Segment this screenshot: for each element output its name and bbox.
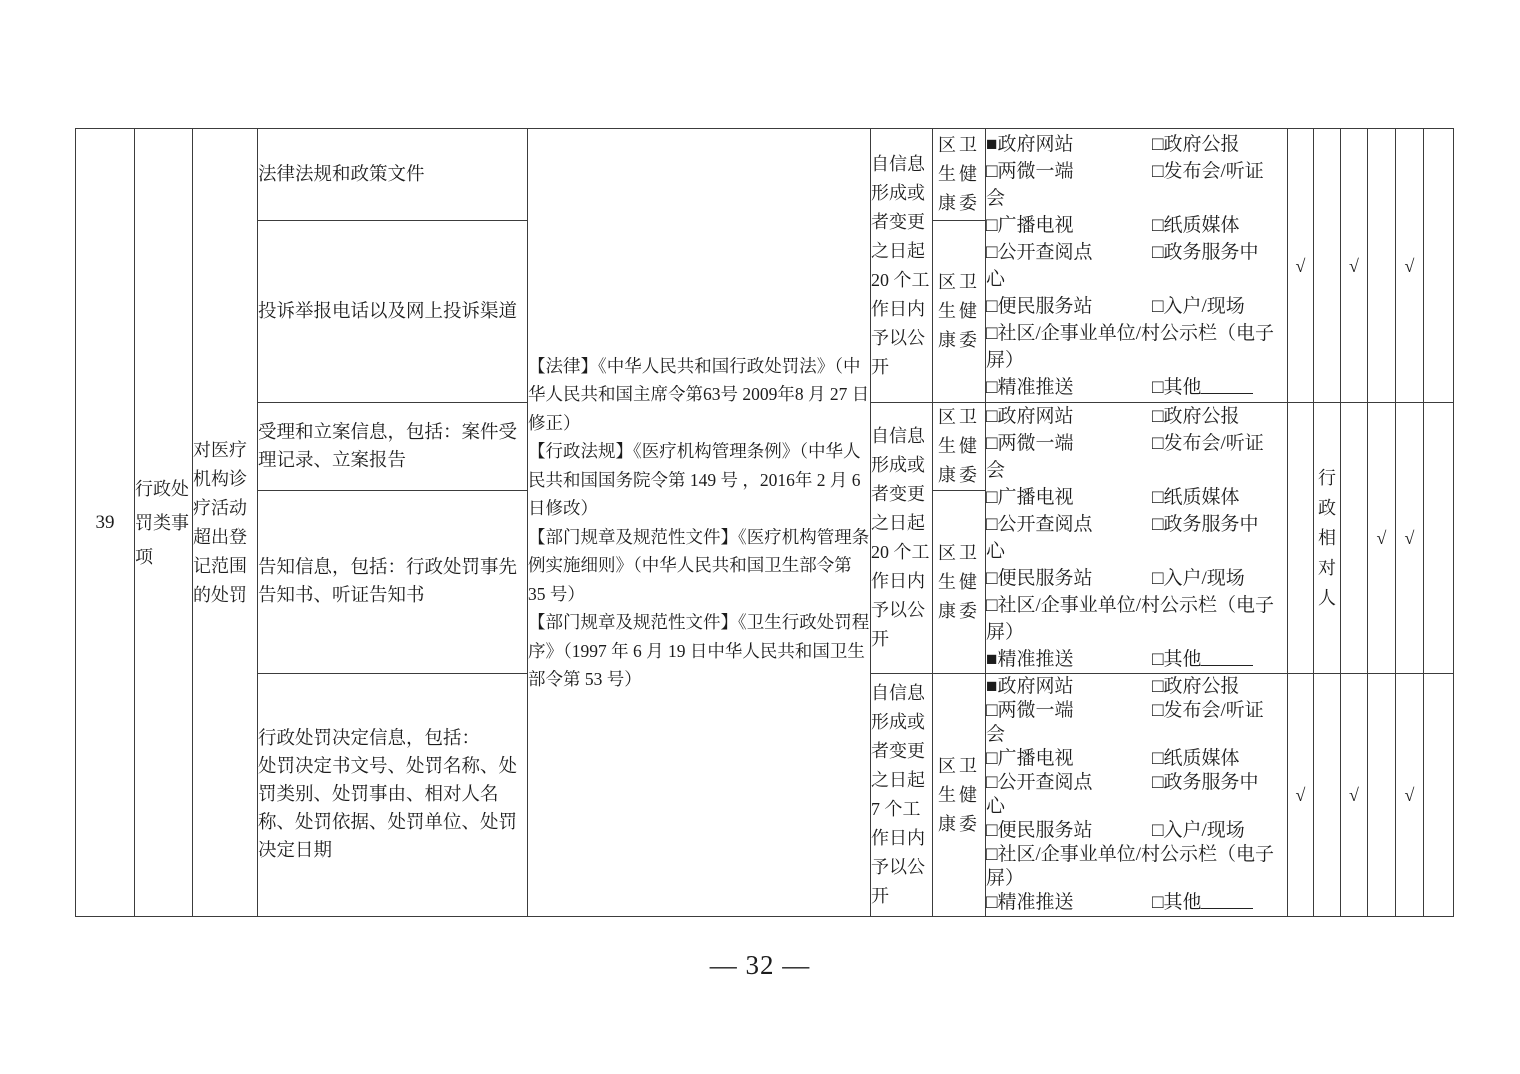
- channel-option: □广播电视: [986, 747, 1152, 771]
- mark-cell: [1368, 129, 1396, 403]
- channel-option: □社区/企事业单位/村公示栏（电子: [986, 592, 1274, 619]
- channel-option: 屏）: [986, 347, 1152, 374]
- item-name-cell: 对医疗机构诊疗活动超出登记范围的处罚: [193, 129, 258, 917]
- category-cell: 行政处罚类事项: [135, 129, 193, 917]
- legal-paragraph: 【部门规章及规范性文件】《卫生行政处罚程序》（1997 年 6 月 19 日中华…: [528, 608, 870, 694]
- channel-line: □公开查阅点□政务服务中: [986, 239, 1287, 266]
- channel-line: 会: [986, 185, 1287, 212]
- channel-option: □政务服务中: [1152, 772, 1258, 793]
- channel-option: □政府公报: [1152, 134, 1239, 155]
- deadline-cell-block2: 自信息形成或者变更之日起20 个工作日内予以公开: [871, 403, 933, 674]
- channel-option: □纸质媒体: [1152, 487, 1239, 508]
- channel-line: □社区/企事业单位/村公示栏（电子: [986, 320, 1287, 347]
- channel-option: 屏）: [986, 619, 1152, 646]
- channel-option: □其他: [1152, 892, 1201, 913]
- channel-line: 心: [986, 795, 1287, 819]
- channel-option: □发布会/听证: [1152, 700, 1264, 721]
- content-cell-1: 法律法规和政策文件: [258, 129, 528, 221]
- mark-cell: √: [1368, 403, 1396, 674]
- channel-option: ■政府网站: [986, 131, 1152, 158]
- mark-cell: [1314, 674, 1341, 917]
- channel-option: ■精准推送: [986, 646, 1152, 673]
- mark-cell: [1368, 674, 1396, 917]
- deadline-cell-block1: 自信息形成或者变更之日起20 个工作日内予以公开: [871, 129, 933, 403]
- channel-option: □政务服务中: [1152, 242, 1258, 263]
- serial-number-cell: 39: [76, 129, 135, 917]
- page-number: — 32 —: [0, 950, 1520, 981]
- agency-cell: 区卫生健康委: [933, 221, 986, 403]
- agency-cell: 区卫生健康委: [933, 674, 986, 917]
- deadline-cell-block3: 自信息形成或者变更之日起7 个工作日内予以公开: [871, 674, 933, 917]
- legal-basis-cell: 【法律】《中华人民共和国行政处罚法》（中华人民共和国主席令第63号 2009年8…: [528, 129, 871, 917]
- channel-line: 会: [986, 457, 1287, 484]
- channel-line: □便民服务站□入户/现场: [986, 293, 1287, 320]
- channel-option: □社区/企事业单位/村公示栏（电子: [986, 843, 1274, 867]
- channel-option: □政府公报: [1152, 406, 1239, 427]
- channel-option: □公开查阅点: [986, 239, 1152, 266]
- channel-option: □精准推送: [986, 891, 1152, 915]
- agency-cell: 区卫生健康委: [933, 403, 986, 491]
- channel-line: □便民服务站□入户/现场: [986, 819, 1287, 843]
- channel-option: □便民服务站: [986, 819, 1152, 843]
- channel-line: □政府网站□政府公报: [986, 403, 1287, 430]
- agency-cell: 区卫生健康委: [933, 129, 986, 221]
- channel-line: □社区/企事业单位/村公示栏（电子: [986, 592, 1287, 619]
- channel-line: 屏）: [986, 867, 1287, 891]
- mark-cell: √: [1341, 129, 1368, 403]
- legal-paragraph: 【法律】《中华人民共和国行政处罚法》（中华人民共和国主席令第63号 2009年8…: [528, 352, 870, 438]
- disclosure-table: 39 行政处罚类事项 对医疗机构诊疗活动超出登记范围的处罚 法律法规和政策文件 …: [75, 128, 1454, 917]
- channels-cell-block1: ■政府网站□政府公报 □两微一端□发布会/听证 会 □广播电视□纸质媒体 □公开…: [986, 129, 1288, 403]
- channel-line: □广播电视□纸质媒体: [986, 747, 1287, 771]
- channel-option: □公开查阅点: [986, 511, 1152, 538]
- mark-cell: [1424, 674, 1454, 917]
- channel-line: □两微一端□发布会/听证: [986, 158, 1287, 185]
- channel-option: □公开查阅点: [986, 771, 1152, 795]
- other-blank-line: [1201, 895, 1253, 909]
- channel-option: □政府公报: [1152, 676, 1239, 697]
- channel-option: □便民服务站: [986, 565, 1152, 592]
- content-cell-2: 投诉举报电话以及网上投诉渠道: [258, 221, 528, 403]
- mark-cell: [1288, 403, 1314, 674]
- channel-option: □发布会/听证: [1152, 161, 1264, 182]
- channel-line: □社区/企事业单位/村公示栏（电子: [986, 843, 1287, 867]
- mark-cell: [1424, 129, 1454, 403]
- channel-option: □两微一端: [986, 430, 1152, 457]
- channel-option: □便民服务站: [986, 293, 1152, 320]
- channel-option: □政府网站: [986, 403, 1152, 430]
- channel-option: 心: [986, 795, 1152, 819]
- channels-cell-block2: □政府网站□政府公报 □两微一端□发布会/听证 会 □广播电视□纸质媒体 □公开…: [986, 403, 1288, 674]
- channel-option: 屏）: [986, 867, 1152, 891]
- mark-cell: 行政相对人: [1314, 403, 1341, 674]
- channel-option: □其他: [1152, 377, 1201, 398]
- channel-option: □广播电视: [986, 484, 1152, 511]
- channel-option: □广播电视: [986, 212, 1152, 239]
- content-cell-4: 告知信息，包括：行政处罚事先告知书、听证告知书: [258, 491, 528, 674]
- channels-cell-block3: ■政府网站□政府公报 □两微一端□发布会/听证 会 □广播电视□纸质媒体 □公开…: [986, 674, 1288, 917]
- agency-cell: 区卫生健康委: [933, 491, 986, 674]
- channel-option: □精准推送: [986, 374, 1152, 401]
- channel-option: □社区/企事业单位/村公示栏（电子: [986, 320, 1274, 347]
- legal-paragraph: 【行政法规】《医疗机构管理条例》（中华人民共和国国务院令第 149 号 ，201…: [528, 437, 870, 523]
- channel-option: □两微一端: [986, 158, 1152, 185]
- channel-line: 会: [986, 723, 1287, 747]
- channel-line: 心: [986, 538, 1287, 565]
- content-cell-3: 受理和立案信息，包括：案件受理记录、立案报告: [258, 403, 528, 491]
- content-cell-5: 行政处罚决定信息，包括： 处罚决定书文号、处罚名称、处罚类别、处罚事由、相对人名…: [258, 674, 528, 917]
- channel-line: □广播电视□纸质媒体: [986, 484, 1287, 511]
- mark-cell: √: [1396, 129, 1424, 403]
- channel-line: 屏）: [986, 619, 1287, 646]
- channel-option: 心: [986, 266, 1152, 293]
- other-blank-line: [1201, 380, 1253, 394]
- mark-cell: √: [1396, 674, 1424, 917]
- channel-line: □公开查阅点□政务服务中: [986, 771, 1287, 795]
- channel-option: □纸质媒体: [1152, 215, 1239, 236]
- channel-line: ■政府网站□政府公报: [986, 675, 1287, 699]
- document-page: 39 行政处罚类事项 对医疗机构诊疗活动超出登记范围的处罚 法律法规和政策文件 …: [0, 0, 1520, 1074]
- mark-cell: √: [1288, 674, 1314, 917]
- channel-line: □精准推送□其他: [986, 891, 1287, 915]
- channel-line: □两微一端□发布会/听证: [986, 430, 1287, 457]
- channel-option: □入户/现场: [1152, 820, 1245, 841]
- channel-line: □公开查阅点□政务服务中: [986, 511, 1287, 538]
- legal-paragraph: 【部门规章及规范性文件】《医疗机构管理条例实施细则》（中华人民共和国卫生部令第 …: [528, 523, 870, 609]
- channel-option: □入户/现场: [1152, 296, 1245, 317]
- mark-cell: [1314, 129, 1341, 403]
- channel-line: □精准推送□其他: [986, 374, 1287, 401]
- channel-option: 会: [986, 723, 1152, 747]
- mark-cell: √: [1288, 129, 1314, 403]
- channel-line: ■政府网站□政府公报: [986, 131, 1287, 158]
- channel-option: 心: [986, 538, 1152, 565]
- mark-cell: [1341, 403, 1368, 674]
- channel-option: □纸质媒体: [1152, 748, 1239, 769]
- channel-line: 屏）: [986, 347, 1287, 374]
- mark-cell: √: [1396, 403, 1424, 674]
- channel-option: 会: [986, 457, 1152, 484]
- mark-cell: [1424, 403, 1454, 674]
- channel-line: 心: [986, 266, 1287, 293]
- channel-line: □便民服务站□入户/现场: [986, 565, 1287, 592]
- other-blank-line: [1201, 652, 1253, 666]
- channel-option: □其他: [1152, 649, 1201, 670]
- channel-option: 会: [986, 185, 1152, 212]
- mark-cell: √: [1341, 674, 1368, 917]
- channel-option: ■政府网站: [986, 675, 1152, 699]
- channel-line: □广播电视□纸质媒体: [986, 212, 1287, 239]
- channel-option: □两微一端: [986, 699, 1152, 723]
- channel-line: ■精准推送□其他: [986, 646, 1287, 673]
- channel-option: □发布会/听证: [1152, 433, 1264, 454]
- channel-option: □政务服务中: [1152, 514, 1258, 535]
- channel-line: □两微一端□发布会/听证: [986, 699, 1287, 723]
- channel-option: □入户/现场: [1152, 568, 1245, 589]
